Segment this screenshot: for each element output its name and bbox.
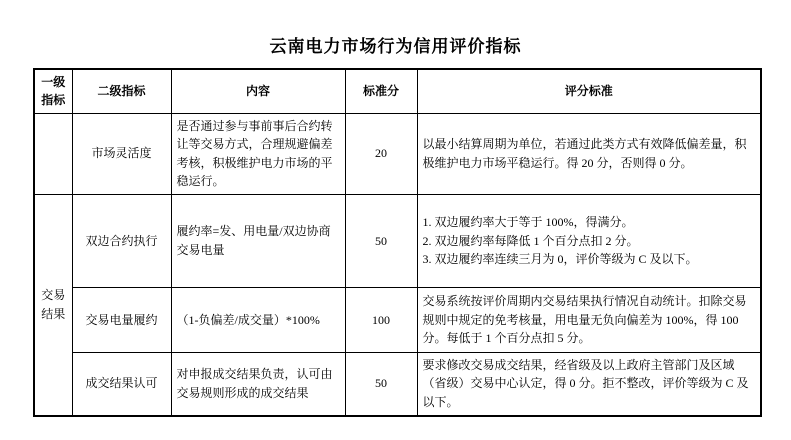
score-cell: 50 [345, 194, 417, 287]
indicator-cell: 双边合约执行 [72, 194, 171, 287]
score-cell: 100 [345, 287, 417, 352]
header-standard-score: 标准分 [345, 69, 417, 113]
content-cell: 是否通过参与事前事后合约转让等交易方式，合理规避偏差考核，积极维护电力市场的平稳… [171, 113, 345, 194]
content-cell: （1-负偏差/成交量）*100% [171, 287, 345, 352]
level1-merged-cell: 交易结果 [34, 194, 72, 415]
header-row: 一级指标 二级指标 内容 标准分 评分标准 [34, 69, 761, 113]
indicator-cell: 成交结果认可 [72, 352, 171, 415]
criteria-cell: 以最小结算周期为单位，若通过此类方式有效降低偏差量，积极维护电力市场平稳运行。得… [417, 113, 761, 194]
criteria-cell: 交易系统按评价周期内交易结果执行情况自动统计。扣除交易规则中规定的免考核量，用电… [417, 287, 761, 352]
content-cell: 履约率=发、用电量/双边协商交易电量 [171, 194, 345, 287]
criteria-cell: 1. 双边履约率大于等于 100%，得满分。 2. 双边履约率每降低 1 个百分… [417, 194, 761, 287]
indicator-cell: 交易电量履约 [72, 287, 171, 352]
header-scoring-criteria: 评分标准 [417, 69, 761, 113]
score-cell: 50 [345, 352, 417, 415]
score-cell: 20 [345, 113, 417, 194]
header-content: 内容 [171, 69, 345, 113]
indicator-cell: 市场灵活度 [72, 113, 171, 194]
header-level2-indicator: 二级指标 [72, 69, 171, 113]
table-row: 成交结果认可 对申报成交结果负责，认可由交易规则形成的成交结果 50 要求修改交… [34, 352, 761, 415]
content-cell: 对申报成交结果负责，认可由交易规则形成的成交结果 [171, 352, 345, 415]
table-row: 市场灵活度 是否通过参与事前事后合约转让等交易方式，合理规避偏差考核，积极维护电… [34, 113, 761, 194]
page-title: 云南电力市场行为信用评价指标 [0, 36, 791, 58]
indicator-table: 一级指标 二级指标 内容 标准分 评分标准 市场灵活度 是否通过参与事前事后合约… [33, 68, 762, 417]
table-row: 交易结果 双边合约执行 履约率=发、用电量/双边协商交易电量 50 1. 双边履… [34, 194, 761, 287]
criteria-cell: 要求修改交易成交结果，经省级及以上政府主管部门及区域（省级）交易中心认定，得 0… [417, 352, 761, 415]
table-row: 交易电量履约 （1-负偏差/成交量）*100% 100 交易系统按评价周期内交易… [34, 287, 761, 352]
level1-empty-cell [34, 113, 72, 194]
header-level1-indicator: 一级指标 [34, 69, 72, 113]
